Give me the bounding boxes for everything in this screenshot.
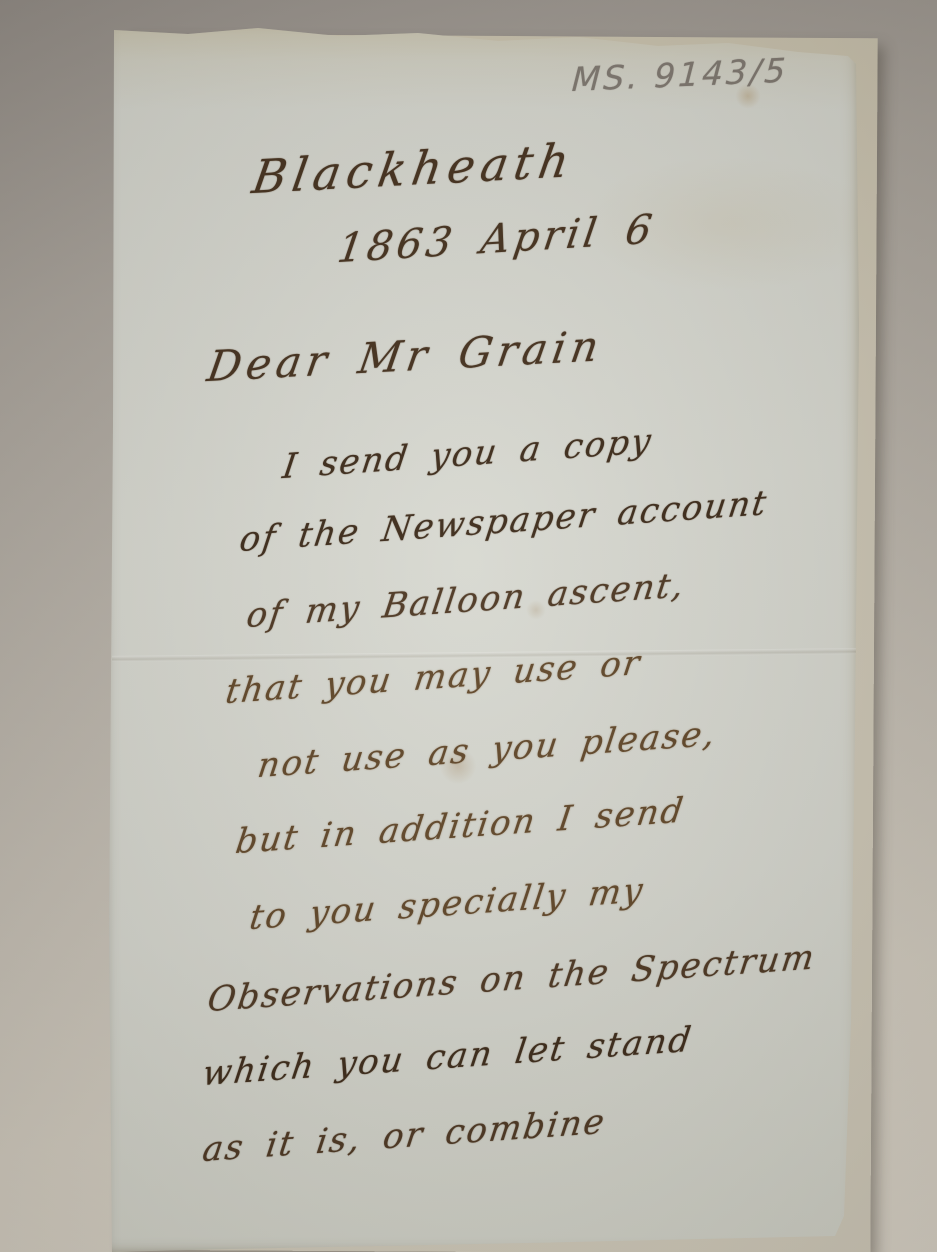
photograph-of-letter: MS. 9143/5 Blackheath 1863 April 6 Dear …	[0, 0, 937, 1252]
